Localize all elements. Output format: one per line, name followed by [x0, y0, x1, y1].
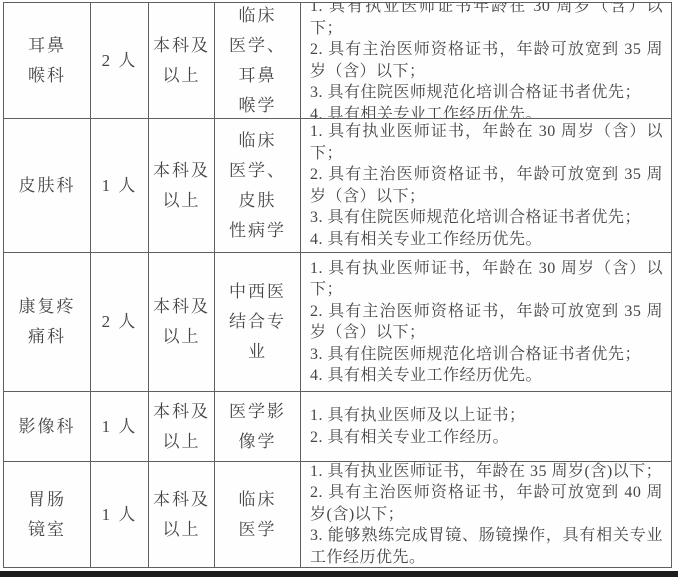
- cell-r1-count: 2 人: [91, 3, 149, 119]
- cell-r5-requirements: 1. 具有执业医师证书，年龄在 35 周岁(含)以下； 2. 具有主治医师资格证…: [301, 462, 671, 567]
- cell-r1-education: 本科及 以上: [149, 3, 215, 119]
- cell-r2-education: 本科及 以上: [149, 119, 215, 253]
- cell-r3-education: 本科及 以上: [149, 253, 215, 392]
- cell-r5-education: 本科及 以上: [149, 462, 215, 567]
- cell-r4-education: 本科及 以上: [149, 392, 215, 462]
- scanned-recruitment-document: 耳鼻 喉科 2 人 本科及 以上 临床 医学、 耳鼻 喉学 1. 具有执业医师证…: [0, 0, 678, 578]
- cell-r3-major: 中西医 结合专 业: [215, 253, 301, 392]
- cell-r5-count: 1 人: [91, 462, 149, 567]
- cell-r4-major: 医学影 像学: [215, 392, 301, 462]
- cell-r2-requirements: 1. 具有执业医师证书，年龄在 30 周岁（含）以下； 2. 具有主治医师资格证…: [301, 119, 671, 253]
- cell-r1-department: 耳鼻 喉科: [4, 3, 91, 119]
- cell-r4-department: 影像科: [4, 392, 91, 462]
- cell-r4-requirements: 1. 具有执业医师及以上证书； 2. 具有相关专业工作经历。: [301, 392, 671, 462]
- cell-r2-count: 1 人: [91, 119, 149, 253]
- cell-r3-count: 2 人: [91, 253, 149, 392]
- cell-r1-major: 临床 医学、 耳鼻 喉学: [215, 3, 301, 119]
- bottom-divider-bar: [0, 571, 678, 577]
- cell-r2-department: 皮肤科: [4, 119, 91, 253]
- cell-r5-major: 临床 医学: [215, 462, 301, 567]
- cell-r5-department: 胃肠 镜室: [4, 462, 91, 567]
- cell-r3-requirements: 1. 具有执业医师证书，年龄在 30 周岁（含）以下； 2. 具有主治医师资格证…: [301, 253, 671, 392]
- cell-r1-requirements: 1. 具有执业医师证书年龄在 30 周岁（含）以下； 2. 具有主治医师资格证书…: [301, 3, 671, 119]
- cell-r3-department: 康复疼 痛科: [4, 253, 91, 392]
- recruitment-table: 耳鼻 喉科 2 人 本科及 以上 临床 医学、 耳鼻 喉学 1. 具有执业医师证…: [3, 2, 672, 568]
- cell-r2-major: 临床 医学、 皮肤 性病学: [215, 119, 301, 253]
- cell-r4-count: 1 人: [91, 392, 149, 462]
